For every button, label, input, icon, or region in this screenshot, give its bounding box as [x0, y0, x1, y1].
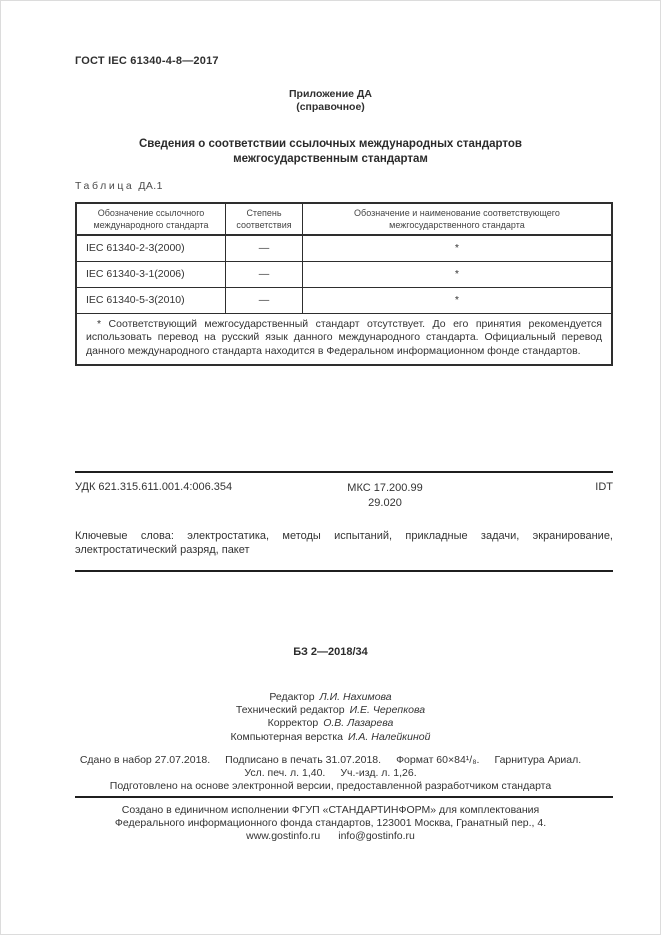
- cell-degree: —: [226, 261, 303, 287]
- mks-primary: МКС 17.200.99: [340, 481, 430, 496]
- table-footnote: * Соответствующий межгосударственный ста…: [76, 313, 612, 365]
- prepared-note: Подготовлено на основе электронной верси…: [60, 780, 601, 793]
- table-row: IEC 61340-5-3(2010) — *: [76, 287, 612, 313]
- mks-index: МКС 17.200.99 29.020: [340, 481, 430, 510]
- standard-designation: ГОСТ IEC 61340-4-8—2017: [75, 55, 219, 67]
- table-caption-word: Таблица: [75, 180, 134, 192]
- correspondence-table: Обозначение ссылочного международного ст…: [75, 202, 613, 366]
- staff-name: Л.И. Нахимова: [320, 691, 392, 703]
- cell-degree: —: [226, 235, 303, 261]
- cell-degree: —: [226, 287, 303, 313]
- staff-role: Редактор: [269, 691, 314, 703]
- cell-corresponding: *: [302, 287, 612, 313]
- staff-credits: РедакторЛ.И. Нахимова Технический редакт…: [0, 691, 661, 744]
- document-page: ГОСТ IEC 61340-4-8—2017 Приложение ДА (с…: [0, 0, 661, 935]
- divider-bottom: [75, 796, 613, 798]
- publisher-address: Создано в единичном исполнении ФГУП «СТА…: [95, 804, 566, 830]
- cell-corresponding: *: [302, 235, 612, 261]
- publisher-website: www.gostinfo.ru: [246, 830, 320, 843]
- staff-role: Корректор: [268, 717, 319, 729]
- cell-corresponding: *: [302, 261, 612, 287]
- publisher-sheets: Уч.-изд. л. 1,26.: [340, 767, 416, 780]
- table-row: IEC 61340-2-3(2000) — *: [76, 235, 612, 261]
- print-line-dates: Сдано в набор 27.07.2018. Подписано в пе…: [60, 754, 601, 767]
- publisher-block: Создано в единичном исполнении ФГУП «СТА…: [95, 804, 566, 843]
- col-header-degree: Степень соответствия: [226, 203, 303, 235]
- typeface-info: Гарнитура Ариал.: [494, 754, 581, 767]
- mks-secondary: 29.020: [340, 496, 430, 511]
- idt-mark: IDT: [595, 481, 613, 493]
- annex-heading: Приложение ДА (справочное): [0, 88, 661, 114]
- divider-top: [75, 471, 613, 473]
- annex-type: (справочное): [0, 101, 661, 114]
- publisher-email: info@gostinfo.ru: [338, 830, 415, 843]
- annex-title: Сведения о соответствии ссылочных междун…: [110, 137, 551, 166]
- staff-name: О.В. Лазарева: [323, 717, 393, 729]
- cell-reference-standard: IEC 61340-2-3(2000): [76, 235, 226, 261]
- cell-reference-standard: IEC 61340-5-3(2010): [76, 287, 226, 313]
- bz-code: БЗ 2—2018/34: [0, 646, 661, 658]
- print-imprint: Сдано в набор 27.07.2018. Подписано в пе…: [60, 754, 601, 793]
- cell-reference-standard: IEC 61340-3-1(2006): [76, 261, 226, 287]
- staff-line-layout: Компьютерная версткаИ.А. Налейкиной: [0, 731, 661, 744]
- divider-middle: [75, 570, 613, 572]
- print-line-volumes: Усл. печ. л. 1,40. Уч.-изд. л. 1,26.: [60, 767, 601, 780]
- col-header-reference-standard: Обозначение ссылочного международного ст…: [76, 203, 226, 235]
- staff-role: Компьютерная верстка: [231, 731, 343, 743]
- publisher-contacts: www.gostinfo.ru info@gostinfo.ru: [95, 830, 566, 843]
- table-caption: ТаблицаДА.1: [75, 180, 163, 192]
- staff-line-corrector: КорректорО.В. Лазарева: [0, 717, 661, 730]
- format-info: Формат 60×84¹/₈.: [396, 754, 479, 767]
- keywords-paragraph: Ключевые слова: электростатика, методы и…: [75, 529, 613, 557]
- staff-line-technical-editor: Технический редакторИ.Е. Черепкова: [0, 704, 661, 717]
- col-header-corresponding-standard: Обозначение и наименование соответствующ…: [302, 203, 612, 235]
- staff-name: И.А. Налейкиной: [348, 731, 430, 743]
- table-row: IEC 61340-3-1(2006) — *: [76, 261, 612, 287]
- annex-label: Приложение ДА: [0, 88, 661, 101]
- udk-index: УДК 621.315.611.001.4:006.354: [75, 481, 232, 493]
- table-footnote-row: * Соответствующий межгосударственный ста…: [76, 313, 612, 365]
- signed-to-print-date: Подписано в печать 31.07.2018.: [225, 754, 381, 767]
- staff-role: Технический редактор: [236, 704, 345, 716]
- staff-line-editor: РедакторЛ.И. Нахимова: [0, 691, 661, 704]
- footnote-text: * Соответствующий межгосударственный ста…: [86, 318, 602, 357]
- conventional-sheets: Усл. печ. л. 1,40.: [244, 767, 325, 780]
- staff-name: И.Е. Черепкова: [350, 704, 426, 716]
- table-caption-number: ДА.1: [138, 180, 162, 192]
- table-header-row: Обозначение ссылочного международного ст…: [76, 203, 612, 235]
- typeset-date: Сдано в набор 27.07.2018.: [80, 754, 210, 767]
